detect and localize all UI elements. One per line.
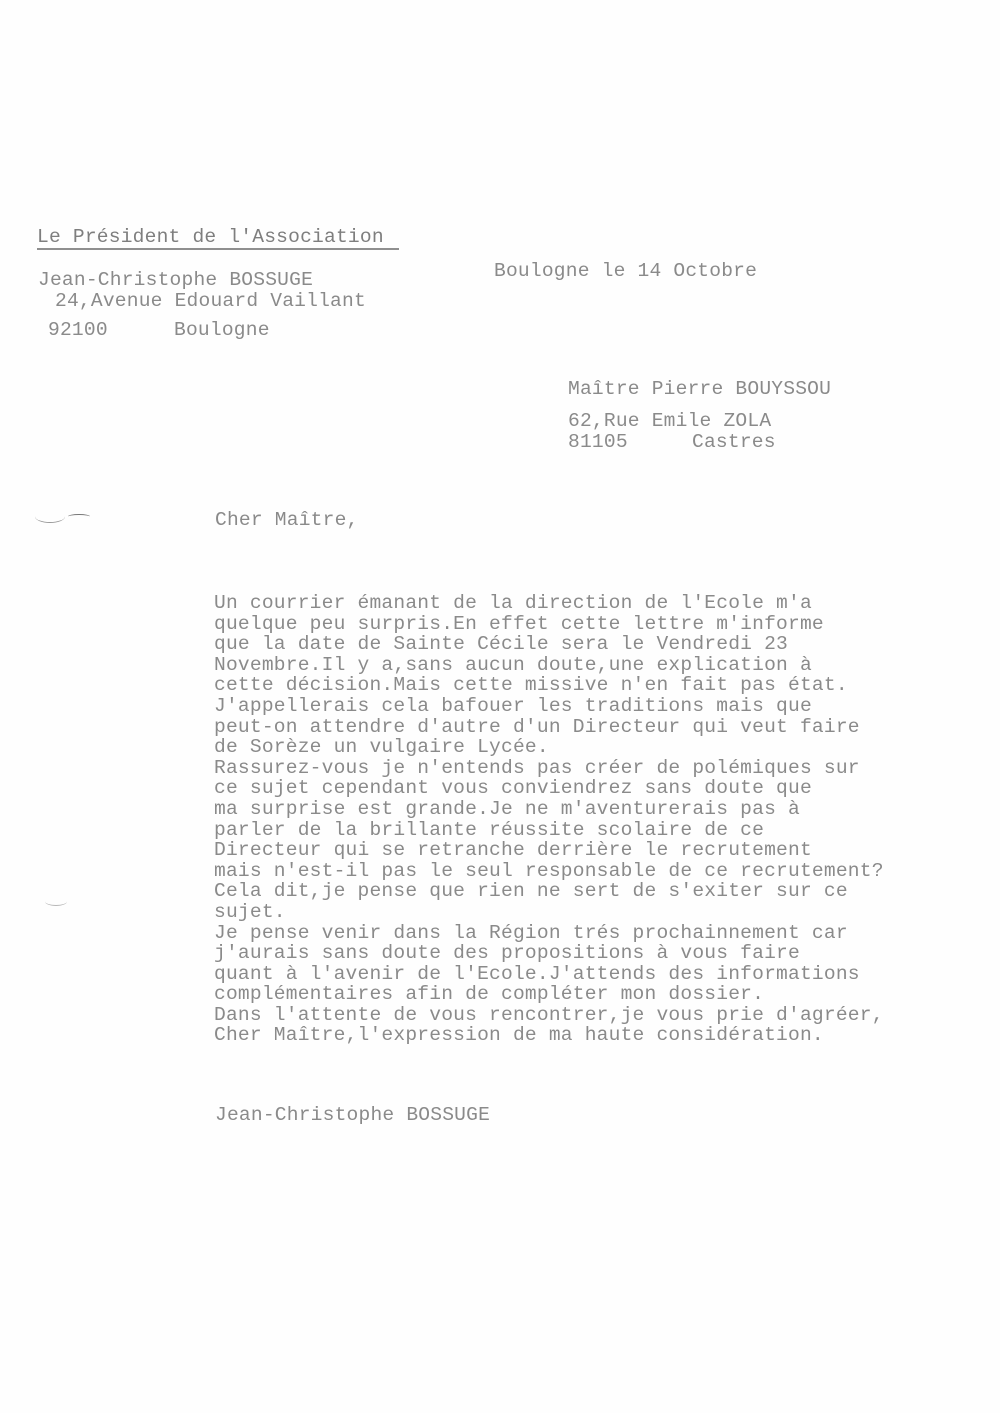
body-line: que la date de Sainte Cécile sera le Ven… [214,634,884,655]
body-line: ma surprise est grande.Je ne m'aventurer… [214,799,884,820]
body-line: Cela dit,je pense que rien ne sert de s'… [214,881,884,902]
recipient-street: 62,Rue Emile ZOLA [568,411,771,431]
letter-body: Un courrier émanant de la direction de l… [214,593,884,1046]
body-line: Cher Maître,l'expression de ma haute con… [214,1025,884,1046]
body-line: de Sorèze un vulgaire Lycée. [214,737,884,758]
sender-name: Jean-Christophe BOSSUGE [38,270,313,290]
body-line: parler de la brillante réussite scolaire… [214,820,884,841]
sender-street: 24,Avenue Edouard Vaillant [55,291,366,311]
body-line: Un courrier émanant de la direction de l… [214,593,884,614]
letterhead-title: Le Président de l'Association [37,227,384,247]
body-line: Dans l'attente de vous rencontrer,je vou… [214,1005,884,1026]
body-line: cette décision.Mais cette missive n'en f… [214,675,884,696]
letterhead-underline [37,248,399,250]
body-line: J'appellerais cela bafouer les tradition… [214,696,884,717]
recipient-city: Castres [692,432,776,452]
body-line: quant à l'avenir de l'Ecole.J'attends de… [214,964,884,985]
hole-punch-mark [35,510,65,523]
signature: Jean-Christophe BOSSUGE [215,1105,490,1125]
sender-zip: 92100 [48,320,108,340]
pen-mark [68,514,90,519]
letter-page: Le Président de l'Association Jean-Chris… [0,0,1000,1413]
recipient-zip: 81105 [568,432,628,452]
body-line: Novembre.Il y a,sans aucun doute,une exp… [214,655,884,676]
sender-city: Boulogne [174,320,270,340]
body-line: complémentaires afin de compléter mon do… [214,984,884,1005]
body-line: ce sujet cependant vous conviendrez sans… [214,778,884,799]
salutation: Cher Maître, [215,510,359,530]
body-line: Directeur qui se retranche derrière le r… [214,840,884,861]
body-line: Rassurez-vous je n'entends pas créer de … [214,758,884,779]
body-line: quelque peu surpris.En effet cette lettr… [214,614,884,635]
body-line: sujet. [214,902,884,923]
recipient-name: Maître Pierre BOUYSSOU [568,379,831,399]
body-line: peut-on attendre d'autre d'un Directeur … [214,717,884,738]
body-line: Je pense venir dans la Région trés proch… [214,923,884,944]
hole-punch-mark [45,897,67,906]
body-line: j'aurais sans doute des propositions à v… [214,943,884,964]
body-line: mais n'est-il pas le seul responsable de… [214,861,884,882]
date-line: Boulogne le 14 Octobre [494,261,757,281]
